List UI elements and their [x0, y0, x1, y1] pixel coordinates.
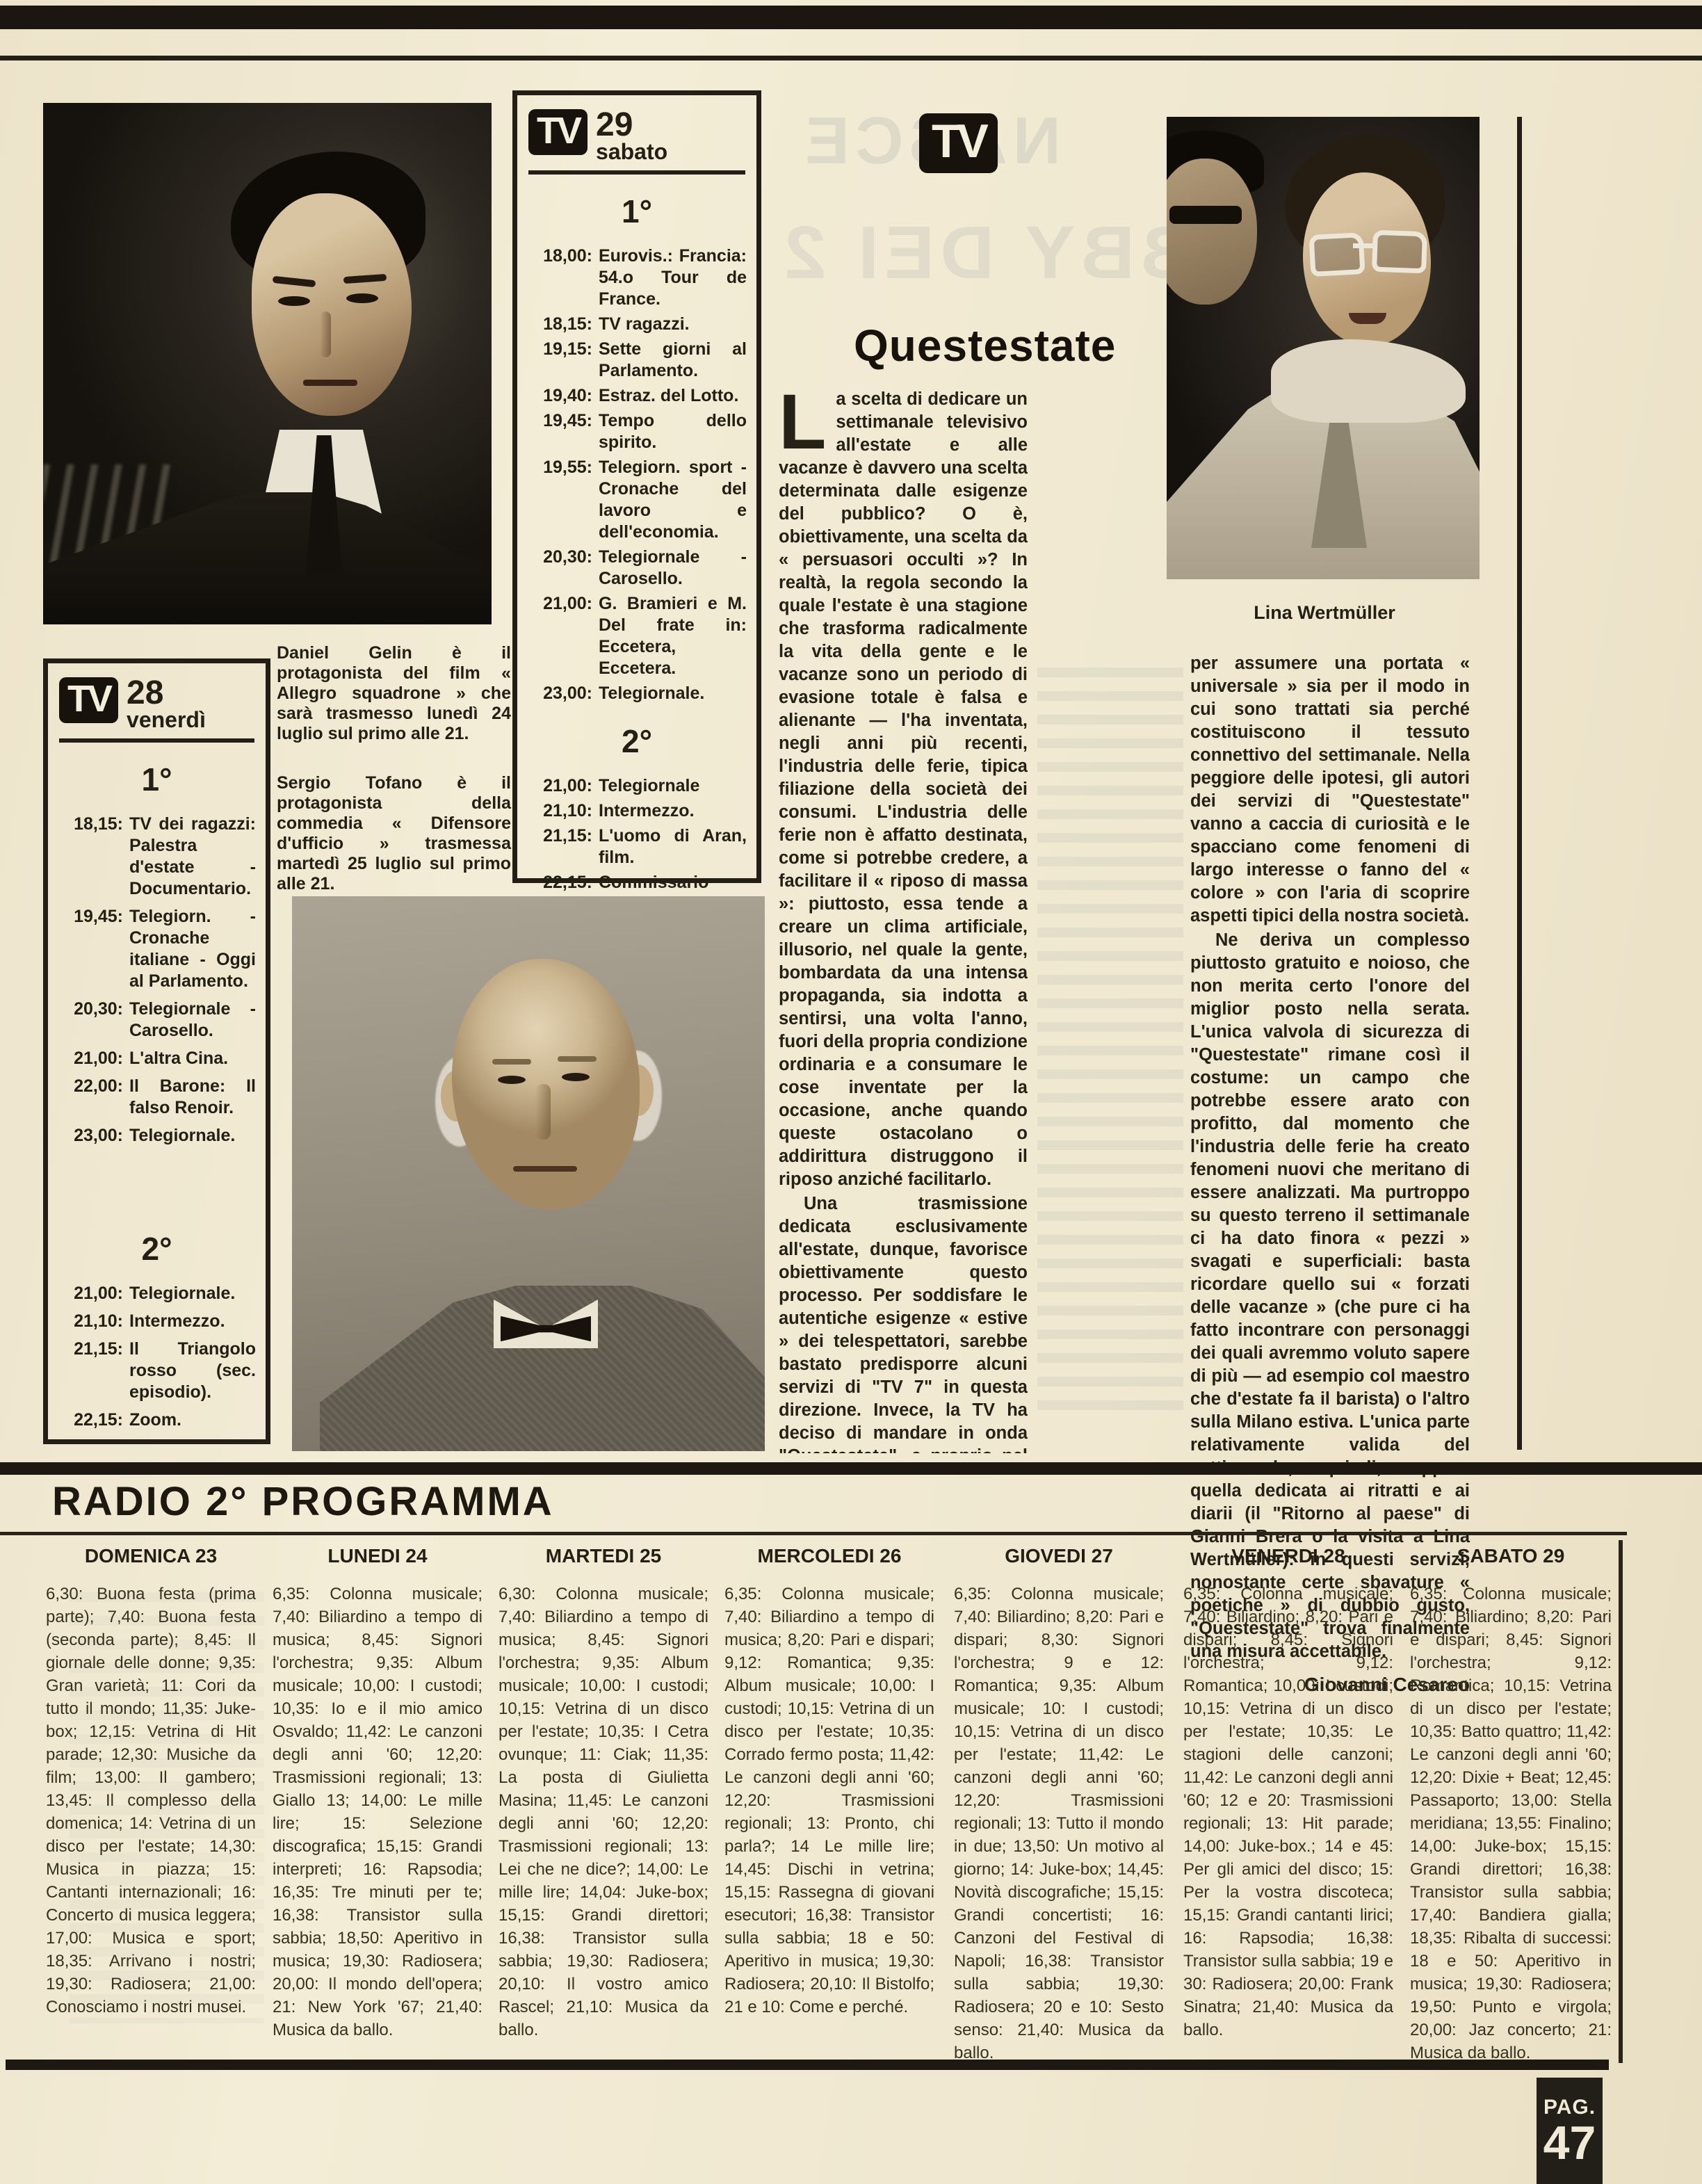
program-row: 19,40:Estraz. del Lotto.	[527, 385, 747, 407]
photo-sergio-tofano	[292, 896, 765, 1451]
program-row: 19,45:Telegiorn. - Cronache italiane - O…	[58, 906, 256, 992]
radio-day-header: MERCOLEDI 26	[724, 1545, 934, 1567]
drop-cap: L	[779, 388, 836, 452]
program-row: 18,15:TV ragazzi.	[527, 314, 747, 335]
radio-day-header: DOMENICA 23	[46, 1545, 256, 1567]
article-paragraph: per assumere una portata « universale » …	[1190, 652, 1470, 928]
article-right-rule	[1517, 117, 1522, 1450]
radio-day-header: GIOVEDI 27	[954, 1545, 1164, 1567]
mouth	[303, 380, 357, 386]
program-row: 20,30:Telegiornale - Carosello.	[527, 547, 747, 590]
radio-day-listing: 6,30: Buona festa (prima parte); 7,40: B…	[46, 1583, 256, 2019]
eye	[562, 1073, 590, 1081]
radio-column-friday: VENERDI 28 6,35: Colonna musicale; 7,40:…	[1183, 1545, 1393, 2041]
channel-1-label: 1°	[58, 761, 256, 798]
jacket	[320, 1286, 765, 1451]
program-row: 18,00:Eurovis.: Francia: 54.o Tour de Fr…	[527, 245, 747, 310]
radio-day-header: MARTEDI 25	[499, 1545, 708, 1567]
radio-column-tuesday: MARTEDI 25 6,30: Colonna musicale; 7,40:…	[499, 1545, 708, 2041]
radio-section-top-rule	[0, 1462, 1702, 1475]
tv-box-header: TV 28 venerdì	[58, 674, 256, 737]
radio-right-rule	[1619, 1540, 1623, 2063]
page-label: PAG.	[1543, 2096, 1596, 2119]
magazine-page: NASCE L'HOBBY DEI 2 TV 29 sabato 1° 18,0…	[0, 0, 1702, 2184]
program-row: 21,15:Il Triangolo rosso (sec. episodio)…	[58, 1338, 256, 1403]
day-name: venerdì	[127, 709, 206, 730]
program-row: 21,15:L'uomo di Aran, film.	[527, 825, 747, 868]
eye	[278, 296, 310, 306]
program-row: 22,15:Zoom.	[58, 1409, 256, 1431]
radio-day-listing: 6,35: Colonna musicale; 7,40: Biliardino…	[1183, 1583, 1393, 2041]
channel-2-label: 2°	[58, 1230, 256, 1268]
tv-listing-box-friday-28: TV 28 venerdì 1° 18,15:TV dei ragazzi: P…	[43, 658, 270, 1444]
divider	[59, 738, 254, 743]
radio-section-title: RADIO 2° PROGRAMMA	[52, 1478, 554, 1525]
eye	[346, 293, 378, 303]
bottom-rule	[6, 2060, 1609, 2070]
caption-sergio-tofano: Sergio Tofano è il protagonista della co…	[277, 773, 511, 894]
background-person-face	[1167, 159, 1257, 305]
radio-day-listing: 6,30: Colonna musicale; 7,40: Biliardino…	[499, 1583, 708, 2041]
glasses-lens	[1372, 230, 1427, 274]
radio-day-header: LUNEDI 24	[273, 1545, 483, 1567]
program-row: 21,10:Intermezzo.	[58, 1311, 256, 1332]
program-row: 21,00:G. Bramieri e M. Del frate in: Ecc…	[527, 593, 747, 679]
radio-day-header: SABATO 29	[1410, 1545, 1612, 1567]
day-name: sabato	[596, 141, 667, 162]
program-row: 19,15:Sette giorni al Parlamento.	[527, 339, 747, 382]
bleed-through-column	[1037, 668, 1183, 1418]
article-title: Questestate	[854, 320, 1116, 371]
program-row: 23,00:Telegiornale.	[58, 1125, 256, 1147]
program-row: 22,00:Il Barone: Il falso Renoir.	[58, 1076, 256, 1119]
caption-lina-wertmuller: Lina Wertmüller	[1175, 602, 1474, 624]
radio-column-wednesday: MERCOLEDI 26 6,35: Colonna musicale; 7,4…	[724, 1545, 934, 2019]
page-number: 47	[1543, 2119, 1596, 2167]
eyebrow	[492, 1059, 531, 1065]
mouth	[1349, 313, 1386, 324]
radio-day-listing: 6,35: Colonna musicale; 7,40: Biliardino…	[724, 1583, 934, 2019]
top-rule	[0, 56, 1702, 60]
article-paragraph: Una trasmissione dedicata esclusivamente…	[779, 1192, 1028, 1453]
tv-logo: TV	[919, 113, 998, 173]
top-border-bar	[0, 6, 1702, 29]
eyebrow	[558, 1056, 597, 1062]
program-row: 21,10:Intermezzo.	[527, 800, 747, 822]
divider	[528, 170, 745, 175]
tv-logo: TV	[528, 109, 587, 155]
channel-2-label: 2°	[527, 722, 747, 760]
radio-day-listing: 6,35: Colonna musicale; 7,40: Biliardino…	[954, 1583, 1164, 2064]
scarf	[1271, 339, 1466, 423]
photo-daniel-gelin	[43, 103, 492, 624]
program-row: 20,30:Telegiornale - Carosello.	[58, 998, 256, 1042]
channel-1-label: 1°	[527, 193, 747, 230]
photo-lina-wertmuller	[1167, 117, 1480, 579]
program-row: 19,45:Tempo dello spirito.	[527, 410, 747, 453]
radio-column-saturday: SABATO 29 6,35: Colonna musicale; 7,40: …	[1410, 1545, 1612, 2064]
radio-column-monday: LUNEDI 24 6,35: Colonna musicale; 7,40: …	[273, 1545, 483, 2041]
day-number: 28	[127, 677, 206, 709]
program-row: 21,00:L'altra Cina.	[58, 1048, 256, 1069]
tv-box-header: TV 29 sabato	[527, 106, 747, 169]
caption-daniel-gelin: Daniel Gelin è il protagonista del film …	[277, 643, 511, 744]
program-row: 18,15:TV dei ragazzi: Palestra d'estate …	[58, 814, 256, 900]
radio-column-sunday: DOMENICA 23 6,30: Buona festa (prima par…	[46, 1545, 256, 2019]
nose-shading	[320, 312, 331, 357]
nose-shading	[535, 1084, 551, 1140]
day-number: 29	[596, 109, 667, 141]
page-number-badge: PAG. 47	[1537, 2078, 1603, 2184]
program-row: 21,00:Telegiornale	[527, 775, 747, 797]
radio-column-thursday: GIOVEDI 27 6,35: Colonna musicale; 7,40:…	[954, 1545, 1164, 2064]
article-column-2: per assumere una portata « universale » …	[1190, 652, 1470, 1696]
tv-listing-box-saturday-29: TV 29 sabato 1° 18,00:Eurovis.: Francia:…	[512, 90, 761, 883]
radio-day-listing: 6,35: Colonna musicale; 7,40: Biliardino…	[273, 1583, 483, 2041]
radio-day-header: VENERDI 28	[1183, 1545, 1393, 1567]
mouth	[513, 1166, 577, 1172]
glasses-lens	[1308, 232, 1365, 277]
tv-logo: TV	[59, 677, 118, 723]
background-person-glasses	[1169, 206, 1242, 224]
radio-day-listing: 6,35: Colonna musicale; 7,40: Biliardino…	[1410, 1583, 1612, 2064]
article-paragraph: a scelta di dedicare un settimanale tele…	[779, 389, 1028, 1189]
radio-header-rule	[0, 1532, 1627, 1535]
eye	[498, 1076, 526, 1084]
article-column-1: La scelta di dedicare un settimanale tel…	[779, 388, 1028, 1453]
program-row: 19,55:Telegiorn. sport - Cronache del la…	[527, 457, 747, 543]
glasses-bridge	[1353, 243, 1375, 248]
program-row: 21,00:Telegiornale.	[58, 1283, 256, 1304]
program-row: 23,00:Telegiornale.	[527, 683, 747, 704]
